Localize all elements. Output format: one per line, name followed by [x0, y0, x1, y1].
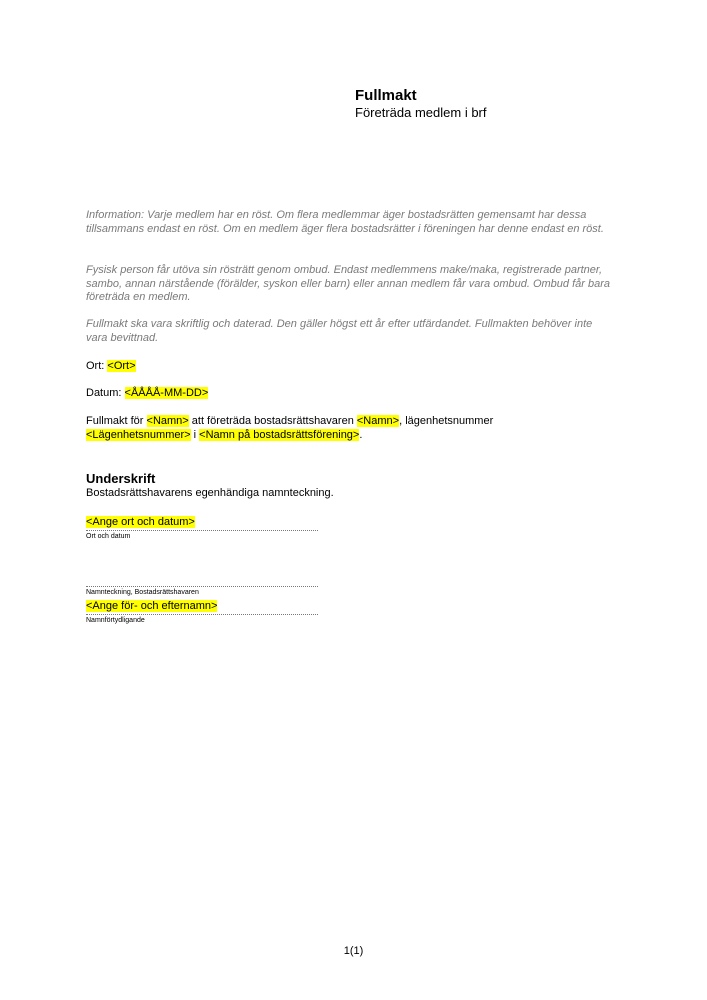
place-date-label: Ort och datum: [86, 532, 318, 541]
name-label: Namnförtydligande: [86, 616, 318, 625]
datum-label: Datum:: [86, 387, 125, 399]
info-paragraph-2: Fysisk person får utöva sin rösträtt gen…: [86, 264, 616, 305]
name-clarification-field: <Ange för- och efternamn> Namnförtydliga…: [86, 600, 318, 625]
info-paragraph-3: Fullmakt ska vara skriftlig och daterad.…: [86, 318, 616, 345]
title-block: Fullmakt Företräda medlem i brf: [355, 87, 487, 121]
signature-field: Namnteckning, Bostadsrättshavaren: [86, 572, 318, 597]
document-title: Fullmakt: [355, 87, 487, 105]
place-date-line: [86, 530, 318, 531]
page-number: 1(1): [0, 945, 707, 957]
signature-heading: Underskrift: [86, 471, 155, 487]
signature-line: [86, 586, 318, 587]
proxy-name-field[interactable]: <Namn>: [147, 415, 189, 427]
document-subtitle: Företräda medlem i brf: [355, 105, 487, 121]
statement-line-1: Fullmakt för <Namn> att företräda bostad…: [86, 415, 493, 429]
association-name-field[interactable]: <Namn på bostadsrättsförening>: [199, 429, 359, 441]
signature-label: Namnteckning, Bostadsrättshavaren: [86, 588, 318, 597]
ort-field[interactable]: <Ort>: [107, 360, 135, 372]
statement-line-2: <Lägenhetsnummer> i <Namn på bostadsrätt…: [86, 429, 362, 443]
full-name-field[interactable]: <Ange för- och efternamn>: [86, 600, 217, 612]
ort-label: Ort:: [86, 360, 107, 372]
signature-input[interactable]: [86, 572, 318, 586]
datum-field[interactable]: <ÅÅÅÅ-MM-DD>: [125, 387, 209, 399]
ort-line: Ort: <Ort>: [86, 360, 136, 374]
statement-text: att företräda bostadsrättshavaren: [189, 415, 357, 427]
statement-text: , lägenhetsnummer: [399, 415, 493, 427]
datum-line: Datum: <ÅÅÅÅ-MM-DD>: [86, 387, 208, 401]
signature-subheading: Bostadsrättshavarens egenhändiga namntec…: [86, 487, 334, 500]
statement-text: i: [191, 429, 200, 441]
apartment-number-field[interactable]: <Lägenhetsnummer>: [86, 429, 191, 441]
holder-name-field[interactable]: <Namn>: [357, 415, 399, 427]
statement-text: .: [359, 429, 362, 441]
place-date-signature-field: <Ange ort och datum> Ort och datum: [86, 516, 318, 541]
name-line: [86, 614, 318, 615]
statement-text: Fullmakt för: [86, 415, 147, 427]
place-date-field[interactable]: <Ange ort och datum>: [86, 516, 195, 528]
info-paragraph-1: Information: Varje medlem har en röst. O…: [86, 209, 616, 236]
